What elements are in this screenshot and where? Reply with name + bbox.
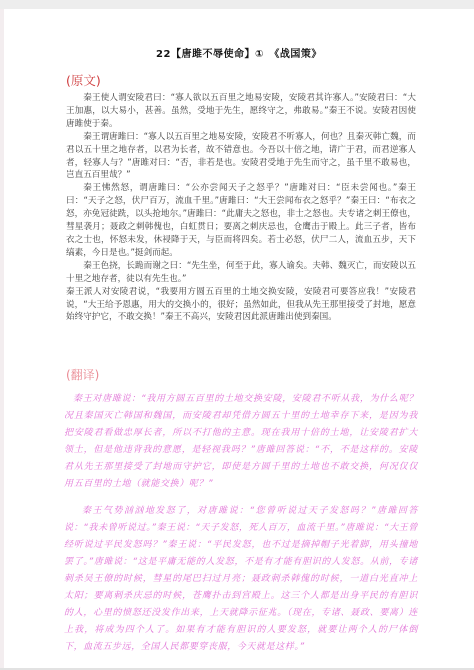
document-body: 22【唐雎不辱使命】① 《战国策》 (原文) 秦王使人谓安陵君曰：“寡人欲以五百…: [4, 9, 474, 656]
original-paragraph-4: 秦王色挠，长跪而谢之曰：“先生坐，何至于此，寡人谕矣。夫韩、魏灭亡，而安陵以五十…: [66, 260, 416, 286]
translation-paragraph-2: 秦王气势汹汹地发怒了，对唐雎说：“您曾听说过天子发怒吗？”唐雎回答说：“我未曾听…: [64, 503, 418, 656]
page-top-margin: [0, 0, 474, 9]
original-paragraph-3: 秦王怫然怒，谓唐雎曰：“公亦尝闻天子之怒乎？”唐雎对曰：“臣未尝闻也。”秦王曰：…: [66, 182, 416, 259]
lesson-title: 22【唐雎不辱使命】① 《战国策》: [4, 45, 474, 60]
document-page: 22【唐雎不辱使命】① 《战国策》 (原文) 秦王使人谓安陵君曰：“寡人欲以五百…: [0, 0, 474, 670]
translation-section: 秦王对唐雎说：“我用方圆五百里的土地交换安陵，安陵君不听从我，为什么呢？况且秦国…: [4, 391, 474, 656]
original-paragraph-2: 秦王谓唐雎曰：“寡人以五百里之地易安陵，安陵君不听寡人，何也？且秦灭韩亡魏，而君…: [66, 131, 416, 183]
inline-translation-paragraph: 秦王派人对安陵君说，“我要用方圆五百里的土地交换安陵，安陵君可要答应我！”安陵君…: [66, 286, 416, 325]
translation-paragraph-1: 秦王对唐雎说：“我用方圆五百里的土地交换安陵，安陵君不听从我，为什么呢？况且秦国…: [64, 391, 418, 493]
original-section-label: (原文): [66, 71, 474, 89]
original-text-section: 秦王使人谓安陵君曰：“寡人欲以五百里之地易安陵，安陵君其许寡人。”安陵君曰：“大…: [4, 92, 474, 324]
original-paragraph-1: 秦王使人谓安陵君曰：“寡人欲以五百里之地易安陵，安陵君其许寡人。”安陵君曰：“大…: [66, 92, 416, 131]
translation-section-label: (翻译): [66, 366, 474, 383]
